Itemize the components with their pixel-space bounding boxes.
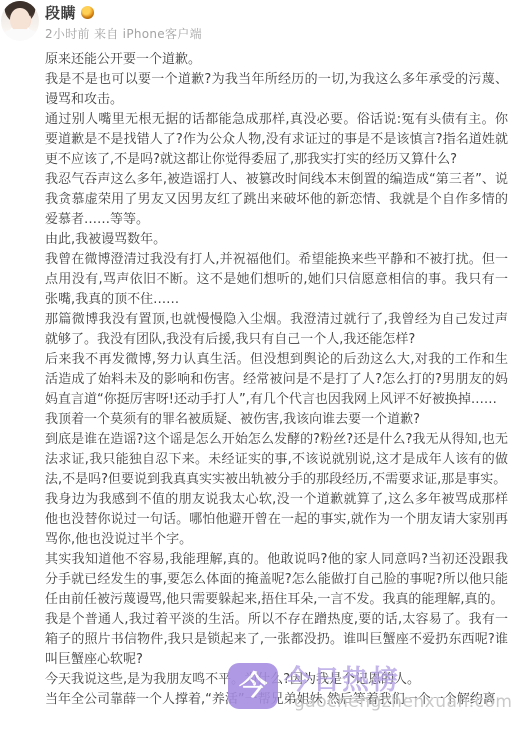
post-paragraph: 其实我知道他不容易,我能理解,真的。他敢说吗?他的家人同意吗?当初还没跟我分手就…: [45, 550, 508, 610]
post-timestamp: 2小时前: [45, 27, 90, 41]
post-header: 段瞒 2小时前 来自 iPhone客户端: [0, 0, 516, 50]
post-paragraph: 到底是谁在造谣?这个谣是怎么开始怎么发酵的?粉丝?还是什么?我无从得知,也无法求…: [45, 430, 508, 490]
post-paragraph: 我顶着一个莫须有的罪名被质疑、被伤害,我该向谁去要一个道歉?: [45, 410, 508, 430]
post-paragraph: 今天我说这些,是为我朋友鸣不平。为什么?因为我是个记恩的人。: [45, 670, 508, 690]
post-body-text: 原来还能公开要一个道歉。我是不是也可以要一个道歉?为我当年所经历的一切,为我这么…: [45, 50, 508, 710]
post-paragraph: 我曾在微博澄清过我没有打人,并祝福他们。希望能换来些平静和不被打扰。但一点用没有…: [45, 250, 508, 310]
weibo-post-screenshot: 段瞒 2小时前 来自 iPhone客户端 原来还能公开要一个道歉。我是不是也可以…: [0, 0, 516, 743]
post-paragraph: 后来我不再发微博,努力认真生活。但没想到舆论的后劲这么大,对我的工作和生活造成了…: [45, 350, 508, 410]
post-paragraph: 那篇微博我没有置顶,也就慢慢隐入尘烟。我澄清过就行了,我曾经为自己发过声就够了。…: [45, 310, 508, 350]
post-source: 来自 iPhone客户端: [94, 27, 202, 41]
post-paragraph: 我是不是也可以要一个道歉?为我当年所经历的一切,为我这么多年承受的污蔑、谩骂和攻…: [45, 70, 508, 110]
post-paragraph: 我是个普通人,我过着平淡的生活。所以不存在蹭热度,要的话,太容易了。我有一箱子的…: [45, 610, 508, 670]
post-paragraph: 当年全公司靠薛一个人撑着,“养活”一帮兄弟姐妹,然后等着我们一个一个解约离: [45, 690, 508, 710]
post-paragraph: 由此,我被谩骂数年。: [45, 230, 508, 250]
post-paragraph: 我身边为我感到不值的朋友说我太心软,没一个道歉就算了,这么多年被骂成那样他也没替…: [45, 490, 508, 550]
post-paragraph: 我忍气吞声这么多年,被造谣打人、被篡改时间线本末倒置的编造成“第三者”、说我贪慕…: [45, 170, 508, 230]
post-paragraph: 原来还能公开要一个道歉。: [45, 50, 508, 70]
avatar-shirt: [3, 29, 37, 41]
post-meta: 2小时前 来自 iPhone客户端: [45, 25, 202, 42]
author-name[interactable]: 段瞒: [45, 2, 76, 23]
user-avatar[interactable]: [1, 1, 39, 41]
post-paragraph: 通过别人嘴里无根无据的话都能急成那样,真没必要。俗话说:冤有头债有主。你要道歉是…: [45, 110, 508, 170]
nickname-emoji-icon: [81, 6, 94, 19]
